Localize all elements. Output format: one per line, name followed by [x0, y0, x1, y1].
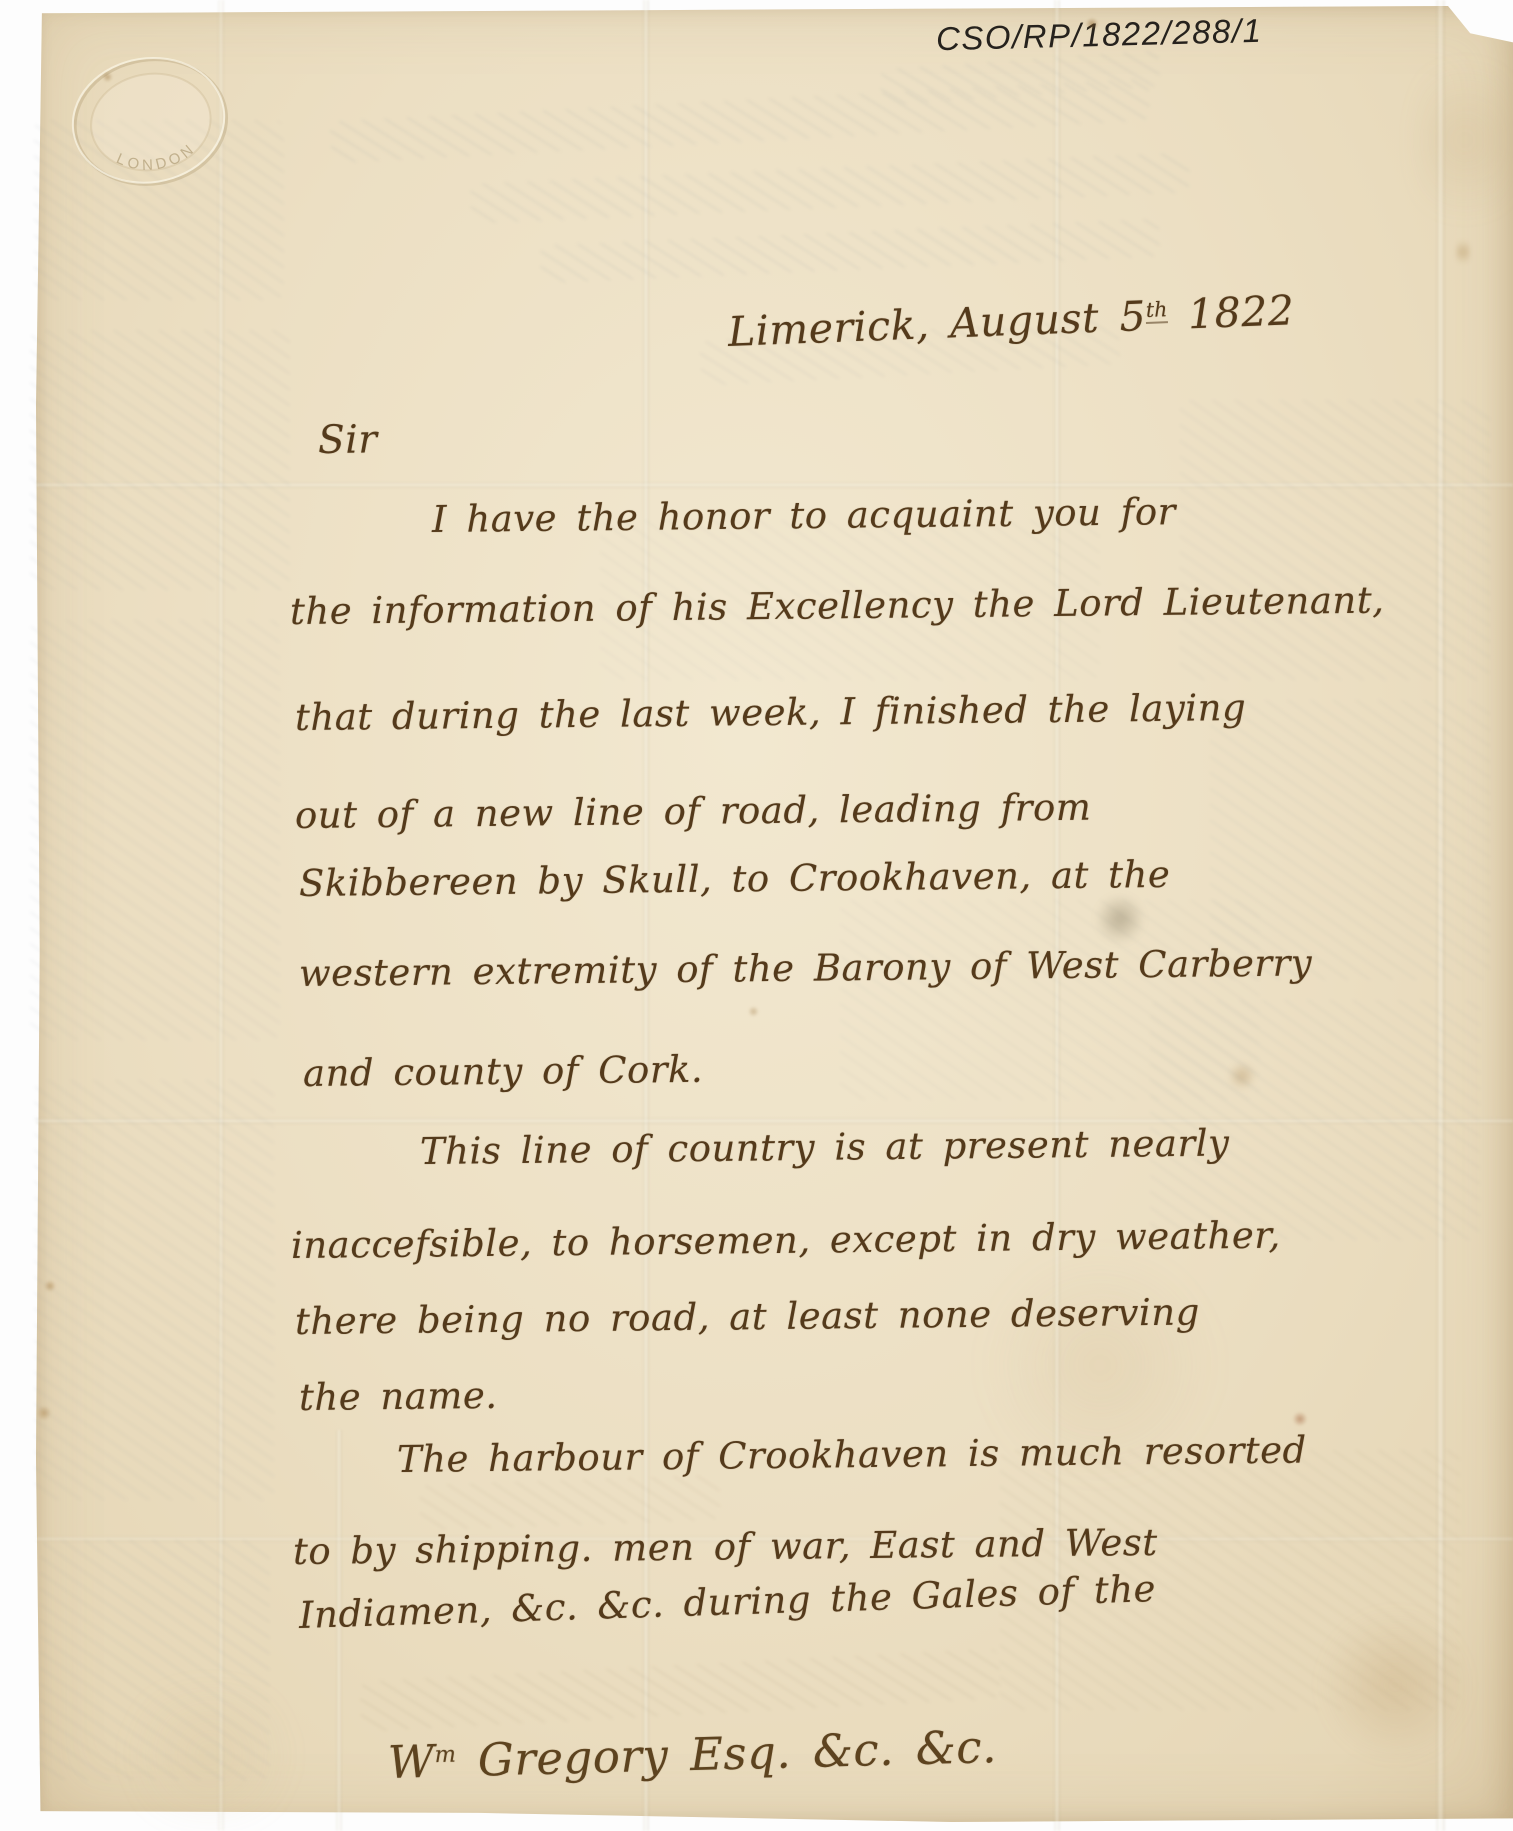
dateline-ordinal: th: [1145, 297, 1167, 324]
letter-line: out of a new line of road, leading from: [295, 786, 1092, 837]
letter-scan: LONDON CSO/RP/1822/288/1 Limerick, Augus…: [0, 0, 1513, 1831]
dateline-year: 1822: [1167, 286, 1296, 339]
salutation: Sir: [318, 417, 378, 463]
letter-line: Skibbereen by Skull, to Crookhaven, at t…: [299, 853, 1171, 905]
letter-line: and county of Cork.: [303, 1048, 704, 1095]
letter-line: I have the honor to acquaint you for: [432, 490, 1176, 541]
letter-line: This line of country is at present nearl…: [420, 1122, 1230, 1173]
addressee-prefix: W: [387, 1735, 435, 1789]
letter-line: the name.: [299, 1374, 498, 1419]
addressee-superscript: m: [434, 1742, 456, 1769]
letter-line: to by shipping. men of war, East and Wes…: [293, 1521, 1158, 1573]
